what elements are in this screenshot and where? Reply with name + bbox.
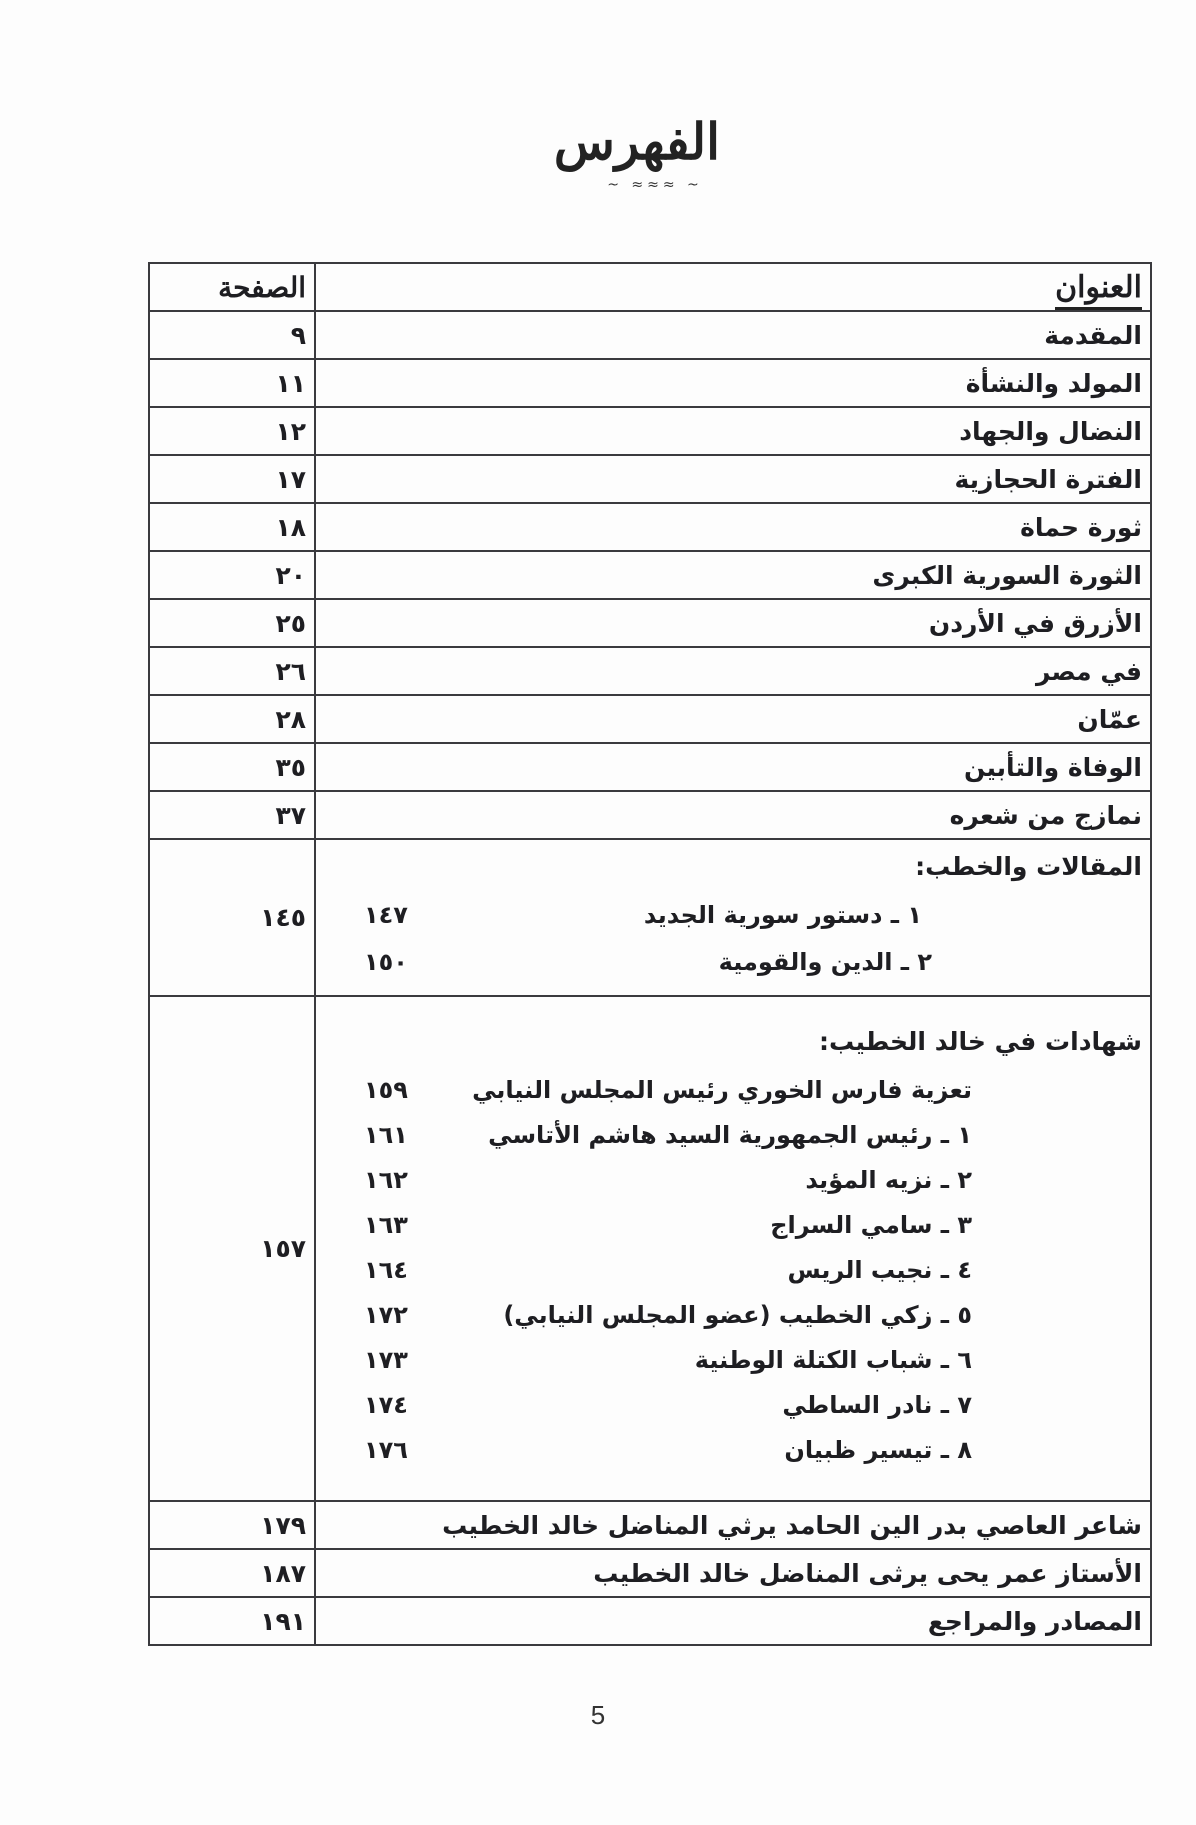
table-row: في مصر ٢٦: [149, 647, 1151, 695]
group-page: ١٥٧: [149, 996, 315, 1501]
row-page: ٢٠: [149, 551, 315, 599]
row-title: عمّان: [315, 695, 1151, 743]
table-row: الأستاز عمر يحى يرثى المناضل خالد الخطيب…: [149, 1549, 1151, 1597]
table-row: المقدمة ٩: [149, 311, 1151, 359]
sub-item: ١ ـ دستور سورية الجديد ١٤٧: [324, 895, 1142, 942]
table-row: عمّان ٢٨: [149, 695, 1151, 743]
row-page: ٩: [149, 311, 315, 359]
table-row: ثورة حماة ١٨: [149, 503, 1151, 551]
sub-item-page: ١٧٤: [364, 1391, 408, 1419]
group-title: المقالات والخطب:: [324, 847, 1142, 895]
sub-item: ٢ ـ الدين والقومية ١٥٠: [324, 942, 1142, 989]
row-page: ١٧: [149, 455, 315, 503]
sub-item-title: ٢ ـ نزيه المؤيد: [805, 1166, 972, 1194]
row-title: الفترة الحجازية: [315, 455, 1151, 503]
sub-item: ٥ ـ زكي الخطيب (عضو المجلس النيابي) ١٧٢: [324, 1295, 1142, 1340]
row-title: شاعر العاصي بدر الين الحامد يرثي المناضل…: [315, 1501, 1151, 1549]
table-row: الأزرق في الأردن ٢٥: [149, 599, 1151, 647]
header-title-cell: العنوان: [315, 263, 1151, 311]
sub-item-page: ١٥٩: [364, 1076, 408, 1104]
index-title: الفهرس: [590, 112, 720, 172]
sub-item-title: ٥ ـ زكي الخطيب (عضو المجلس النيابي): [503, 1301, 972, 1329]
table-row: الوفاة والتأبين ٣٥: [149, 743, 1151, 791]
row-page: ٢٨: [149, 695, 315, 743]
sub-item: ٧ ـ نادر الساطي ١٧٤: [324, 1385, 1142, 1430]
table-row: النضال والجهاد ١٢: [149, 407, 1151, 455]
table-row: نمازج من شعره ٣٧: [149, 791, 1151, 839]
sub-item-title: ٣ ـ سامي السراج: [770, 1211, 972, 1239]
header-page-cell: الصفحة: [149, 263, 315, 311]
table-row: المولد والنشأة ١١: [149, 359, 1151, 407]
sub-item-title: ٦ ـ شباب الكتلة الوطنية: [695, 1346, 972, 1374]
sub-item-page: ١٦٣: [364, 1211, 408, 1239]
sub-item: تعزية فارس الخوري رئيس المجلس النيابي ١٥…: [324, 1070, 1142, 1115]
header-title: العنوان: [1055, 270, 1142, 310]
row-page: ١٧٩: [149, 1501, 315, 1549]
sub-item-title: تعزية فارس الخوري رئيس المجلس النيابي: [472, 1076, 972, 1104]
page-number: 5: [0, 1700, 1196, 1731]
row-page: ٣٥: [149, 743, 315, 791]
sub-item-title: ٤ ـ نجيب الريس: [787, 1256, 972, 1284]
row-page: ١٨: [149, 503, 315, 551]
sub-item-title: ٢ ـ الدين والقومية: [719, 948, 932, 976]
sub-item-page: ١٧٦: [364, 1436, 408, 1464]
sub-item-page: ١٤٧: [364, 901, 408, 929]
sub-item-page: ١٧٢: [364, 1301, 408, 1329]
row-page: ٢٦: [149, 647, 315, 695]
sub-item-title: ٧ ـ نادر الساطي: [782, 1391, 972, 1419]
sub-item: ٣ ـ سامي السراج ١٦٣: [324, 1205, 1142, 1250]
header-page: الصفحة: [218, 271, 306, 304]
table-row: الثورة السورية الكبرى ٢٠: [149, 551, 1151, 599]
table-header-row: العنوان الصفحة: [149, 263, 1151, 311]
group-page: ١٤٥: [149, 839, 315, 996]
row-title: نمازج من شعره: [315, 791, 1151, 839]
table-row: الفترة الحجازية ١٧: [149, 455, 1151, 503]
row-title: المصادر والمراجع: [315, 1597, 1151, 1645]
sub-item: ٤ ـ نجيب الريس ١٦٤: [324, 1250, 1142, 1295]
row-title: النضال والجهاد: [315, 407, 1151, 455]
sub-item-page: ١٧٣: [364, 1346, 408, 1374]
row-page: ١٨٧: [149, 1549, 315, 1597]
row-page: ١١: [149, 359, 315, 407]
row-title: الأستاز عمر يحى يرثى المناضل خالد الخطيب: [315, 1549, 1151, 1597]
index-heading: الفهرس ~ ≈≈≈ ~: [590, 112, 720, 192]
row-title: في مصر: [315, 647, 1151, 695]
row-title: ثورة حماة: [315, 503, 1151, 551]
group-row-testimonies: شهادات في خالد الخطيب: تعزية فارس الخوري…: [149, 996, 1151, 1501]
sub-item-page: ١٦١: [364, 1121, 408, 1149]
group-title-cell: المقالات والخطب: ١ ـ دستور سورية الجديد …: [315, 839, 1151, 996]
row-title: المقدمة: [315, 311, 1151, 359]
table-row: المصادر والمراجع ١٩١: [149, 1597, 1151, 1645]
sub-item: ١ ـ رئيس الجمهورية السيد هاشم الأتاسي ١٦…: [324, 1115, 1142, 1160]
group-title-cell: شهادات في خالد الخطيب: تعزية فارس الخوري…: [315, 996, 1151, 1501]
sub-item-title: ١ ـ رئيس الجمهورية السيد هاشم الأتاسي: [488, 1121, 972, 1149]
ornament-decoration: ~ ≈≈≈ ~: [598, 180, 712, 190]
row-title: الأزرق في الأردن: [315, 599, 1151, 647]
group-row-articles: المقالات والخطب: ١ ـ دستور سورية الجديد …: [149, 839, 1151, 996]
sub-item-page: ١٦٢: [364, 1166, 408, 1194]
sub-item-page: ١٥٠: [364, 948, 408, 976]
row-page: ١٢: [149, 407, 315, 455]
sub-item: ٦ ـ شباب الكتلة الوطنية ١٧٣: [324, 1340, 1142, 1385]
sub-item-title: ١ ـ دستور سورية الجديد: [644, 901, 922, 929]
row-page: ٣٧: [149, 791, 315, 839]
group-title: شهادات في خالد الخطيب:: [324, 1022, 1142, 1070]
row-title: الثورة السورية الكبرى: [315, 551, 1151, 599]
sub-item: ٢ ـ نزيه المؤيد ١٦٢: [324, 1160, 1142, 1205]
row-page: ٢٥: [149, 599, 315, 647]
row-page: ١٩١: [149, 1597, 315, 1645]
table-row: شاعر العاصي بدر الين الحامد يرثي المناضل…: [149, 1501, 1151, 1549]
sub-item: ٨ ـ تيسير ظبيان ١٧٦: [324, 1430, 1142, 1475]
sub-item-page: ١٦٤: [364, 1256, 408, 1284]
row-title: المولد والنشأة: [315, 359, 1151, 407]
table-of-contents: العنوان الصفحة المقدمة ٩ المولد والنشأة …: [148, 262, 1152, 1646]
sub-item-title: ٨ ـ تيسير ظبيان: [784, 1436, 972, 1464]
row-title: الوفاة والتأبين: [315, 743, 1151, 791]
